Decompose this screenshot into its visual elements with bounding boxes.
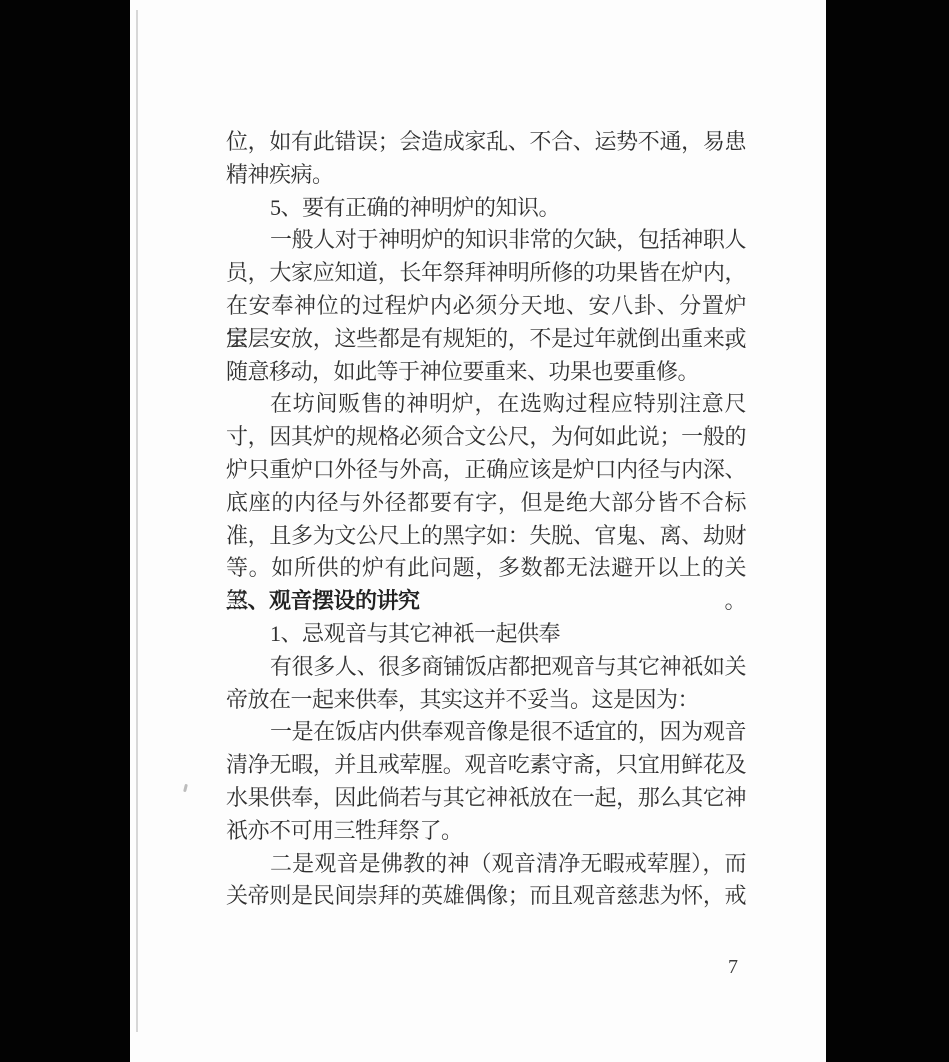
text-line: 精神疾病。 bbox=[226, 159, 746, 192]
right-black-border bbox=[826, 0, 949, 1062]
text-line: 1、忌观音与其它神祇一起供奉 bbox=[226, 618, 746, 651]
text-line: 清净无暇，并且戒荤腥。观音吃素守斋，只宜用鲜花及 bbox=[226, 749, 746, 782]
page-number: 7 bbox=[712, 956, 754, 979]
text-line: 等。如所供的炉有此问题，多数都无法避开以上的关煞。 bbox=[226, 552, 746, 585]
text-line: 在安奉神位的过程炉内必须分天地、安八卦、分置炉宝， bbox=[226, 290, 746, 323]
text-line: 层层安放，这些都是有规矩的，不是过年就倒出重来或 bbox=[226, 323, 746, 356]
text-line: 帝放在一起来供奉，其实这并不妥当。这是因为： bbox=[226, 684, 746, 717]
text-line: 5、要有正确的神明炉的知识。 bbox=[226, 192, 746, 225]
page-text-block: 位，如有此错误；会造成家乱、不合、运势不通，易患 精神疾病。 5、要有正确的神明… bbox=[226, 126, 746, 913]
scanned-book-page: 位，如有此错误；会造成家乱、不合、运势不通，易患 精神疾病。 5、要有正确的神明… bbox=[0, 0, 949, 1062]
text-line: 员，大家应知道，长年祭拜神明所修的功果皆在炉内， bbox=[226, 257, 746, 290]
text-line: 炉只重炉口外径与外高，正确应该是炉口内径与内深、 bbox=[226, 454, 746, 487]
text-line: 祇亦不可用三牲拜祭了。 bbox=[226, 815, 746, 848]
text-line: 位，如有此错误；会造成家乱、不合、运势不通，易患 bbox=[226, 126, 746, 159]
text-line: 关帝则是民间崇拜的英雄偶像；而且观音慈悲为怀，戒 bbox=[226, 880, 746, 913]
text-line: 准，且多为文公尺上的黑字如：失脱、官鬼、离、劫财 bbox=[226, 520, 746, 553]
text-line: 在坊间贩售的神明炉，在选购过程应特别注意尺 bbox=[226, 388, 746, 421]
text-line: 随意移动，如此等于神位要重来、功果也要重修。 bbox=[226, 356, 746, 389]
page-edge-shadow-line bbox=[136, 10, 138, 1032]
text-line: 一是在饭店内供奉观音像是很不适宜的，因为观音 bbox=[226, 716, 746, 749]
text-line: 寸，因其炉的规格必须合文公尺，为何如此说；一般的 bbox=[226, 421, 746, 454]
text-line: 底座的内径与外径都要有字，但是绝大部分皆不合标 bbox=[226, 487, 746, 520]
text-line: 水果供奉，因此倘若与其它神祇放在一起，那么其它神 bbox=[226, 782, 746, 815]
text-line: 二是观音是佛教的神（观音清净无暇戒荤腥），而 bbox=[226, 848, 746, 881]
text-line: 一般人对于神明炉的知识非常的欠缺，包括神职人 bbox=[226, 224, 746, 257]
text-line: 有很多人、很多商铺饭店都把观音与其它神祇如关 bbox=[226, 651, 746, 684]
left-black-border bbox=[0, 0, 130, 1062]
scan-speck bbox=[183, 784, 188, 792]
